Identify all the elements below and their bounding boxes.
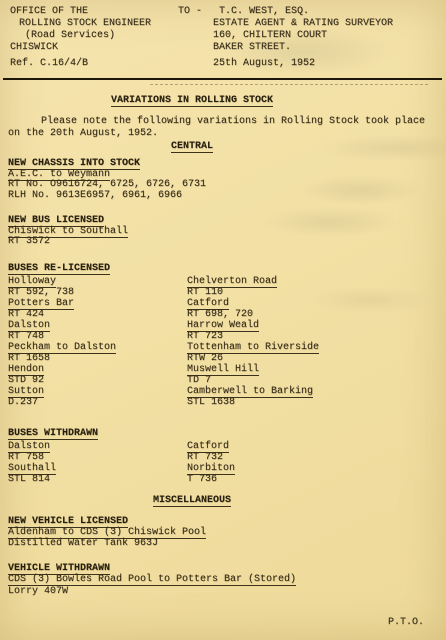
intro-line: Please note the following variations in … <box>41 116 425 128</box>
new-vehicle-description: Distilled Water Tank 963J <box>8 538 206 549</box>
intro-paragraph: Please note the following variations in … <box>8 116 425 140</box>
sender-line: ROLLING STOCK ENGINEER <box>19 18 151 30</box>
fleet-numbers: RT 698, 720 <box>187 309 253 320</box>
vehicle-withdrawn-description: Lorry 407W <box>8 585 296 598</box>
section-heading-central: CENTRAL <box>171 141 213 153</box>
table-row: Potters BarCatford <box>8 298 319 309</box>
buses-relicensed-heading: BUSES RE-LICENSED <box>8 263 110 275</box>
fleet-numbers: STL 1638 <box>187 397 235 408</box>
fleet-numbers: RT 424 <box>8 309 187 320</box>
table-row: DalstonCatford <box>8 441 235 452</box>
sender-line: OFFICE OF THE <box>10 6 151 18</box>
sender-line: CHISWICK <box>10 42 151 54</box>
new-vehicle-licensed-section: NEW VEHICLE LICENSED Aldenham to CDS (3)… <box>8 516 206 549</box>
central-heading-row: CENTRAL <box>0 141 384 152</box>
fleet-numbers: RT 1658 <box>8 353 187 364</box>
table-row: RT 758RT 732 <box>8 452 235 463</box>
table-row: RT 592, 738RT 110 <box>8 287 319 298</box>
table-row: SouthallNorbiton <box>8 463 235 474</box>
vehicle-withdrawn-section: VEHICLE WITHDRAWN CDS (3) Bowles Road Po… <box>8 563 296 598</box>
fleet-numbers: TD 7 <box>187 375 211 386</box>
recipient-address-block: TO -T.C. WEST, ESQ. ESTATE AGENT & RATIN… <box>178 6 393 54</box>
to-label: TO - <box>178 6 202 17</box>
table-row: HollowayChelverton Road <box>8 276 319 287</box>
fleet-numbers: RT 748 <box>8 331 187 342</box>
table-row: STL 814T 736 <box>8 474 235 485</box>
miscellaneous-heading-row: MISCELLANEOUS <box>0 495 384 506</box>
table-row: D.237STL 1638 <box>8 397 319 408</box>
recipient-line: TO -T.C. WEST, ESQ. <box>178 6 393 18</box>
table-row: RT 424RT 698, 720 <box>8 309 319 320</box>
fleet-numbers: RT 592, 738 <box>8 287 187 298</box>
recipient-line: 160, CHILTERN COURT <box>213 30 393 42</box>
header-divider-line <box>3 78 442 80</box>
table-row: DalstonHarrow Weald <box>8 320 319 331</box>
fleet-numbers: RTW 26 <box>187 353 223 364</box>
buses-relicensed-table: HollowayChelverton Road RT 592, 738RT 11… <box>8 276 319 408</box>
pto-note: P.T.O. <box>388 617 424 629</box>
buses-withdrawn-heading: BUSES WITHDRAWN <box>8 428 98 440</box>
header-divider-echo <box>150 84 428 85</box>
fleet-numbers: RT 110 <box>187 287 223 298</box>
fleet-numbers: T 736 <box>187 474 217 485</box>
table-row: SuttonCamberwell to Barking <box>8 386 319 397</box>
new-bus-licensed-section: NEW BUS LICENSED Chiswick to Southall RT… <box>8 216 128 248</box>
fleet-numbers: RT 732 <box>187 452 223 463</box>
fleet-numbers: STD 92 <box>8 375 187 386</box>
recipient-line: BAKER STREET. <box>213 42 393 54</box>
document-date: 25th August, 1952 <box>213 58 315 70</box>
table-row: STD 92TD 7 <box>8 375 319 386</box>
table-row: RT 748RT 723 <box>8 331 319 342</box>
title-row: VARIATIONS IN ROLLING STOCK <box>0 95 384 106</box>
reference-number: Ref. C.16/4/B <box>10 58 88 70</box>
fleet-numbers: STL 814 <box>8 474 187 485</box>
fleet-numbers: D.237 <box>8 397 187 408</box>
new-chassis-fleet-numbers: RLH No. 9613E6957, 6961, 6966 <box>8 191 206 202</box>
page-title: VARIATIONS IN ROLLING STOCK <box>111 95 273 107</box>
buses-relicensed-section: BUSES RE-LICENSED HollowayChelverton Roa… <box>8 263 319 408</box>
table-row: Peckham to DalstonTottenham to Riverside <box>8 342 319 353</box>
memo-document: OFFICE OF THE ROLLING STOCK ENGINEER (Ro… <box>0 0 446 640</box>
recipient-line: ESTATE AGENT & RATING SURVEYOR <box>213 18 393 30</box>
recipient-name: T.C. WEST, ESQ. <box>219 6 309 17</box>
buses-withdrawn-section: BUSES WITHDRAWN DalstonCatford RT 758RT … <box>8 428 235 485</box>
table-row: RT 1658RTW 26 <box>8 353 319 364</box>
fleet-numbers: RT 723 <box>187 331 223 342</box>
fleet-numbers: RT 758 <box>8 452 187 463</box>
new-bus-fleet-number: RT 3572 <box>8 237 128 248</box>
buses-withdrawn-table: DalstonCatford RT 758RT 732 SouthallNorb… <box>8 441 235 485</box>
sender-address-block: OFFICE OF THE ROLLING STOCK ENGINEER (Ro… <box>10 6 151 54</box>
intro-line: on the 20th August, 1952. <box>8 128 425 140</box>
sender-line: (Road Services) <box>25 30 151 42</box>
new-chassis-section: NEW CHASSIS INTO STOCK A.E.C. to Weymann… <box>8 159 206 201</box>
table-row: HendonMuswell Hill <box>8 364 319 375</box>
section-heading-miscellaneous: MISCELLANEOUS <box>153 495 231 507</box>
